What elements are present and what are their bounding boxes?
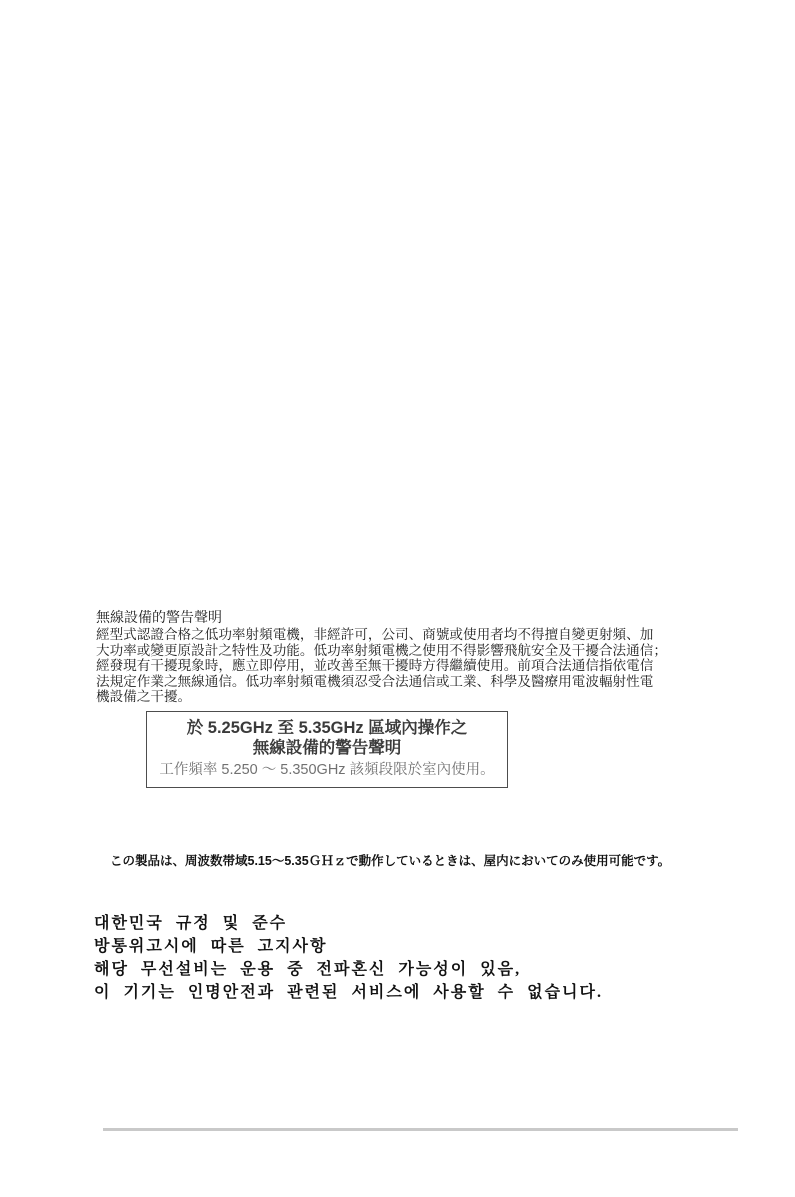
korea-notice-line: 대한민국 규정 및 준수 [94,912,734,935]
manual-page: 無線設備的警告聲明 經型式認證合格之低功率射頻電機，非經許可，公司、商號或使用者… [0,0,795,1197]
frequency-box-title-line1: 於 5.25GHz 至 5.35GHz 區域內操作之 [147,719,507,739]
taiwan-notice-body-line: 法規定作業之無線通信。低功率射頻電機須忍受合法通信或工業、科學及醫療用電波輻射性… [96,674,716,690]
frequency-box-subtitle: 工作頻率 5.250 ～ 5.350GHz 該頻段限於室內使用。 [147,762,507,779]
taiwan-notice-heading: 無線設備的警告聲明 [96,610,716,627]
korea-compliance-notice: 대한민국 규정 및 준수 방통위고시에 따른 고지사항 해당 무선설비는 운용 … [94,912,734,1004]
footer-divider [103,1128,738,1131]
korea-notice-line: 방통위고시에 따른 고지사항 [94,935,734,958]
taiwan-notice-body-line: 大功率或變更原設計之特性及功能。低功率射頻電機之使用不得影響飛航安全及干擾合法通… [96,643,716,659]
japan-wireless-notice: この製品は、周波数帯域5.15～5.35ＧＨｚで動作しているときは、屋内において… [110,854,770,868]
taiwan-notice-body-line: 機設備之干擾。 [96,689,716,705]
taiwan-notice-body-line: 經型式認證合格之低功率射頻電機，非經許可，公司、商號或使用者均不得擅自變更射頻、… [96,627,716,643]
korea-notice-line: 해당 무선설비는 운용 중 전파혼신 가능성이 있음, [94,958,734,981]
taiwan-notice-body-line: 經發現有干擾現象時，應立即停用，並改善至無干擾時方得繼續使用。前項合法通信指依電… [96,658,716,674]
korea-notice-line: 이 기기는 인명안전과 관련된 서비스에 사용할 수 없습니다. [94,981,734,1004]
taiwan-wireless-notice: 無線設備的警告聲明 經型式認證合格之低功率射頻電機，非經許可，公司、商號或使用者… [96,610,716,705]
frequency-warning-box: 於 5.25GHz 至 5.35GHz 區域內操作之 無線設備的警告聲明 工作頻… [146,711,508,788]
frequency-box-title-line2: 無線設備的警告聲明 [147,739,507,759]
